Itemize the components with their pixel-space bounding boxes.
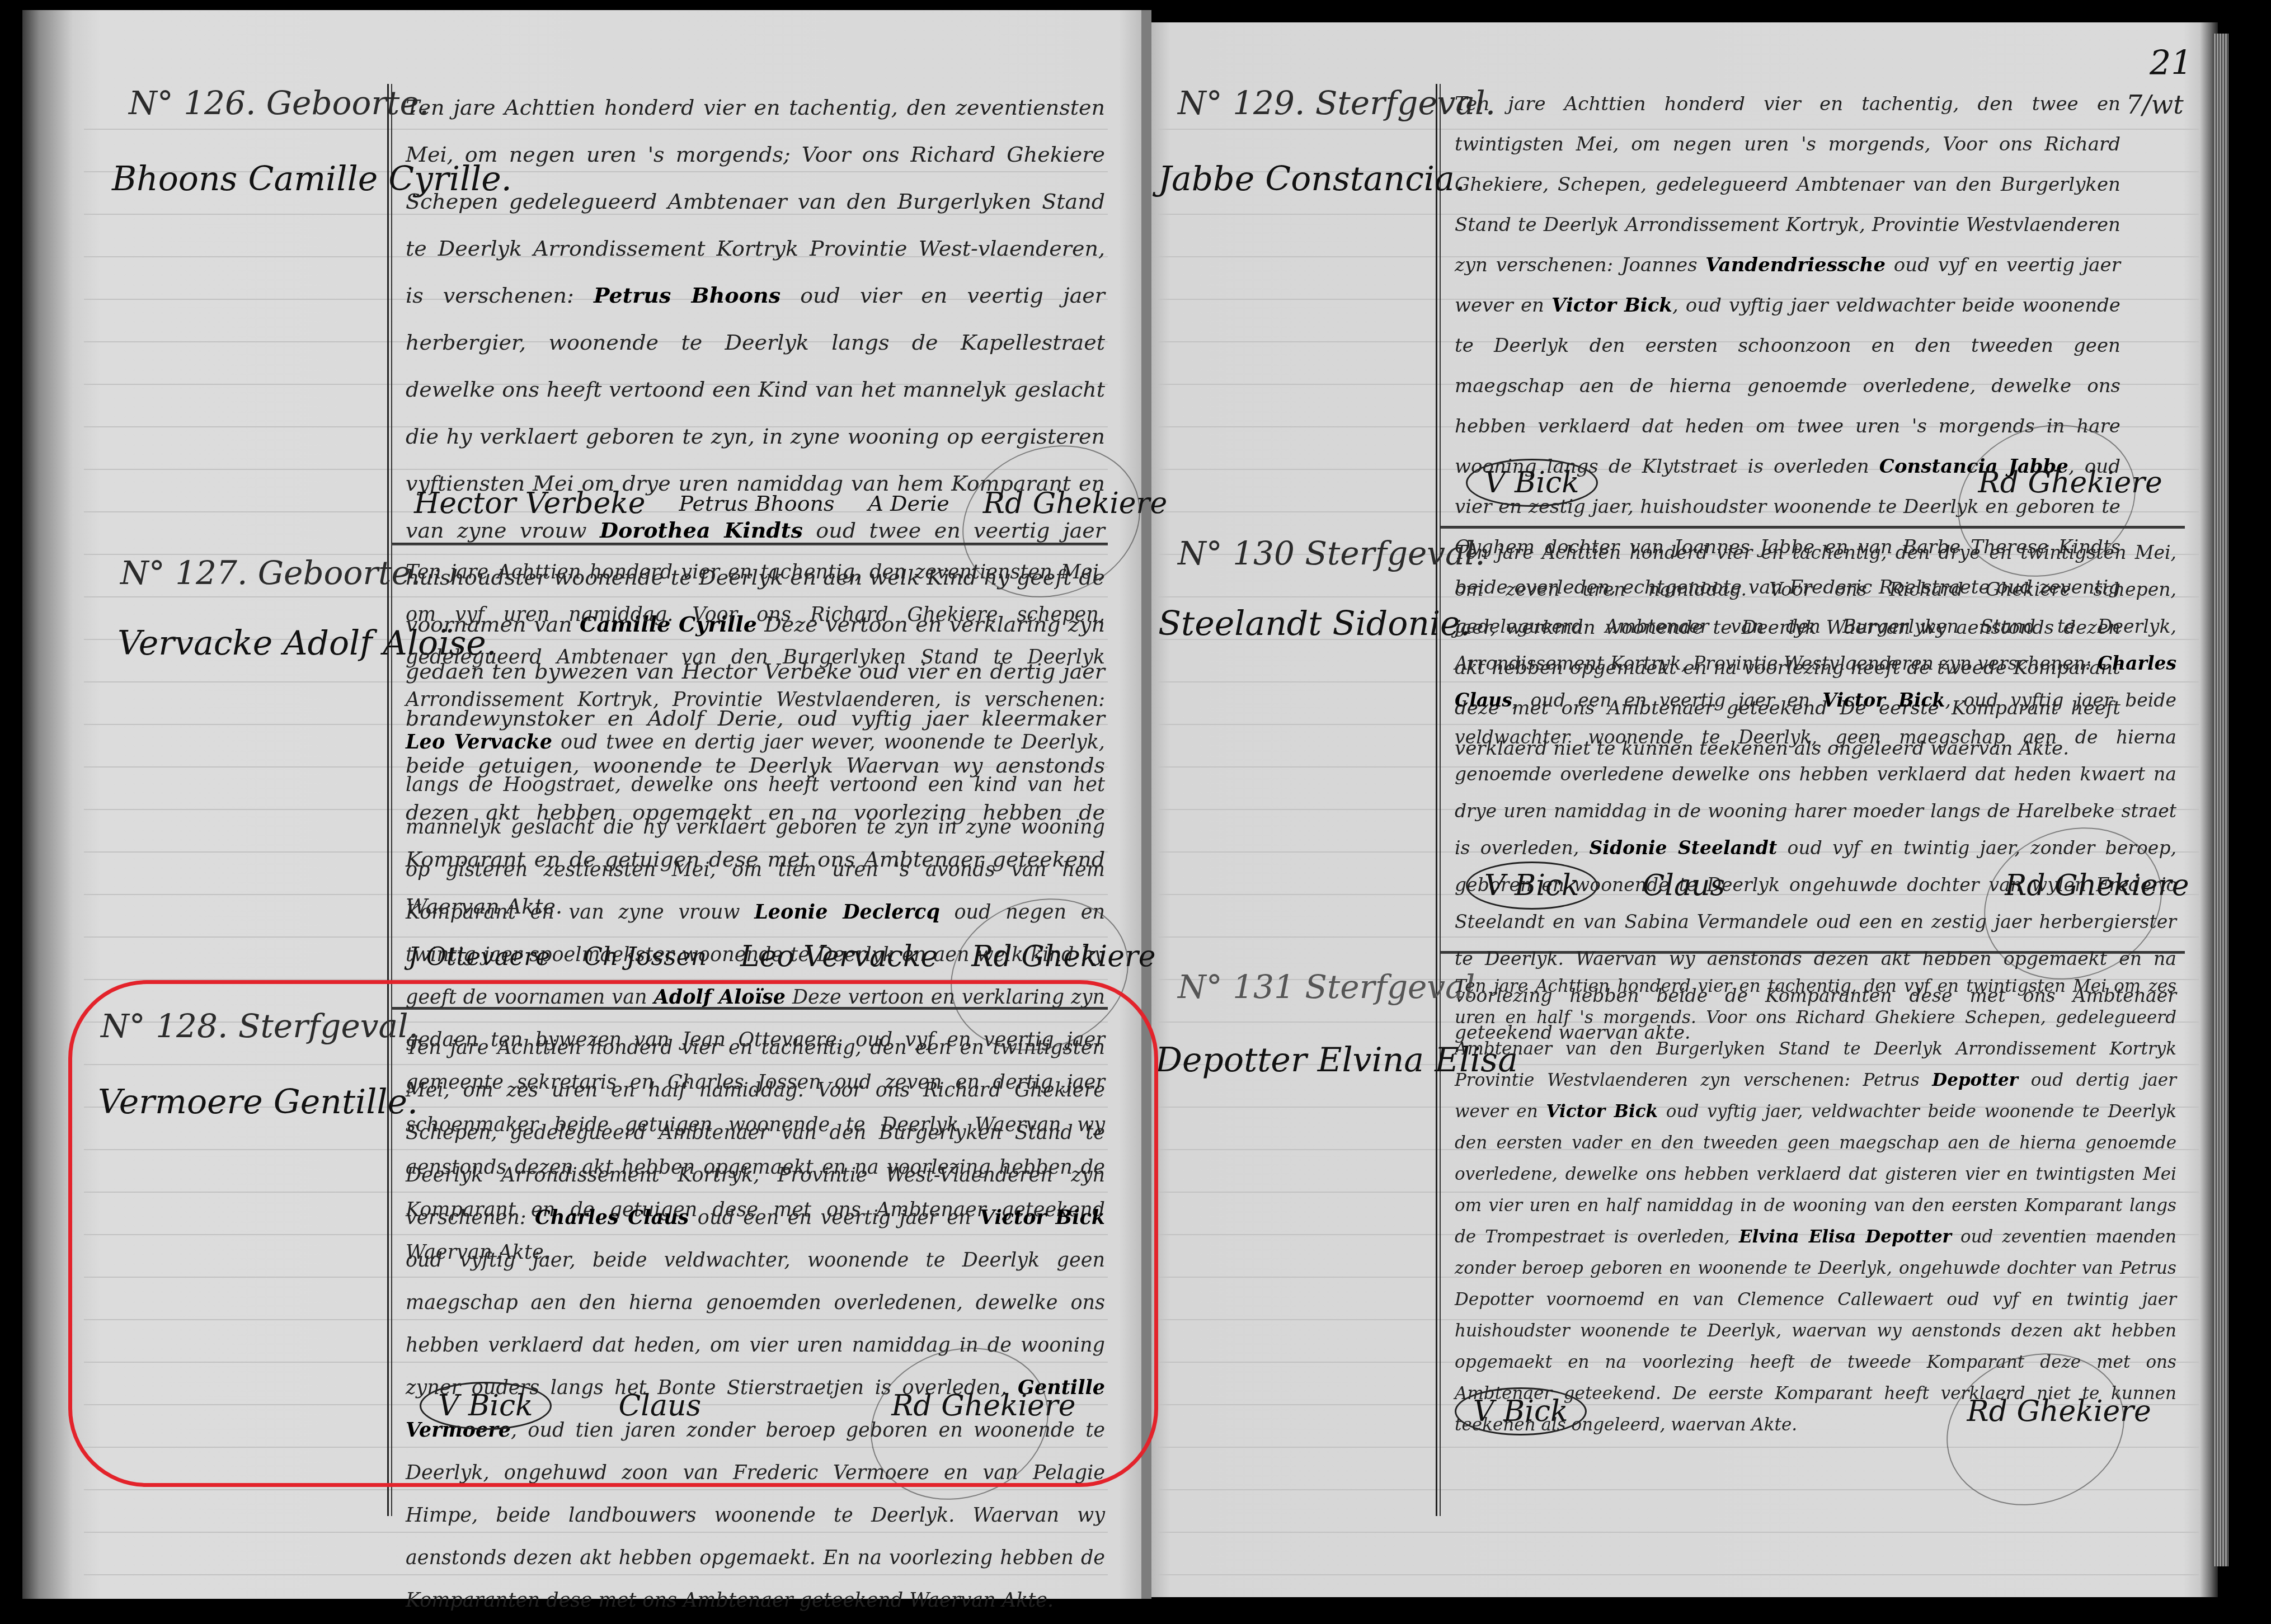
signature: V Bick [1455, 1387, 1587, 1435]
signature: Petrus Bhoons [679, 491, 835, 516]
entry-number: N° 130 Sterfgeval. [1178, 534, 1485, 572]
entry-subject: Steelandt Sidonie. [1158, 604, 1471, 643]
signature-official: Rd Ghekiere [1967, 1395, 2151, 1428]
signature: Ch Jossen [584, 943, 707, 971]
entry-subject: Jabbe Constancia. [1158, 159, 1465, 199]
signature: V Bick [1466, 862, 1598, 910]
entry-number: N° 126. Geboorte. [129, 84, 429, 122]
entry-number: N° 127. Geboorte. [120, 554, 421, 592]
ruled-line [1158, 1574, 2199, 1575]
signature-official: Rd Ghekiere [983, 487, 1167, 520]
entry-number: N° 129. Sterfgeval. [1178, 84, 1496, 122]
signatures: Hector Verbeke Petrus Bhoons A Derie Rd … [414, 487, 1167, 520]
signature: Hector Verbeke [414, 487, 646, 520]
signatures: V Bick Rd Ghekiere [1455, 1387, 2151, 1435]
signature-official: Rd Ghekiere [971, 940, 1155, 973]
page-number: 21 [2150, 44, 2192, 83]
signature: A Derie [868, 491, 949, 516]
book-page-edges [2213, 34, 2228, 1566]
signatures: J Ottevaere Ch Jossen Leo Vervacke Rd Gh… [408, 940, 1156, 973]
signature: Claus [1643, 869, 1725, 902]
highlight-annotation [68, 980, 1158, 1487]
signature-official: Rd Ghekiere [2005, 869, 2189, 902]
signature: J Ottevaere [408, 943, 550, 971]
signature: Leo Vervacke [740, 940, 938, 973]
entry-number: N° 131 Sterfgeval [1178, 968, 1475, 1006]
signature: V Bick [1466, 459, 1598, 507]
signatures: V Bick Rd Ghekiere [1466, 459, 2162, 507]
signature-official: Rd Ghekiere [1978, 466, 2162, 500]
right-column-divider [1436, 84, 1441, 1516]
ruled-line [1158, 1532, 2199, 1533]
signatures: V Bick Claus Rd Ghekiere [1466, 862, 2189, 910]
marginal-note: 7/wt [2126, 90, 2184, 120]
